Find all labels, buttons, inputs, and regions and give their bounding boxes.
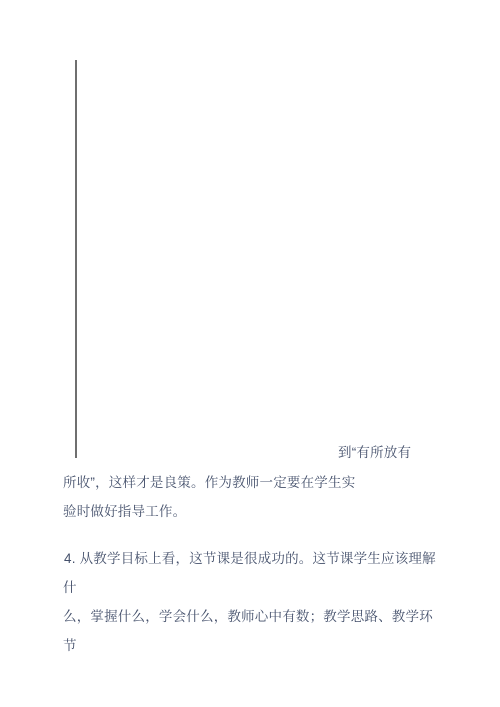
paragraph2-line4: 节 (63, 637, 77, 654)
paragraph1-line1: 到“有所放有 (338, 444, 411, 461)
paragraph2-line1: 4. 从教学目标上看，这节课是很成功的。这节课学生应该理解 (64, 550, 436, 567)
document-page: 到“有所放有 所收”，这样才是良策。作为教师一定要在学生实 验时做好指导工作。 … (0, 0, 500, 707)
paragraph2-line3: 么，掌握什么，学会什么，教师心中有数；教学思路、教学环 (63, 608, 433, 625)
paragraph1-line3: 验时做好指导工作。 (63, 503, 186, 520)
paragraph2-line2: 什 (63, 579, 77, 596)
paragraph1-line2: 所收”，这样才是良策。作为教师一定要在学生实 (63, 474, 355, 491)
vertical-divider-line (75, 60, 77, 458)
